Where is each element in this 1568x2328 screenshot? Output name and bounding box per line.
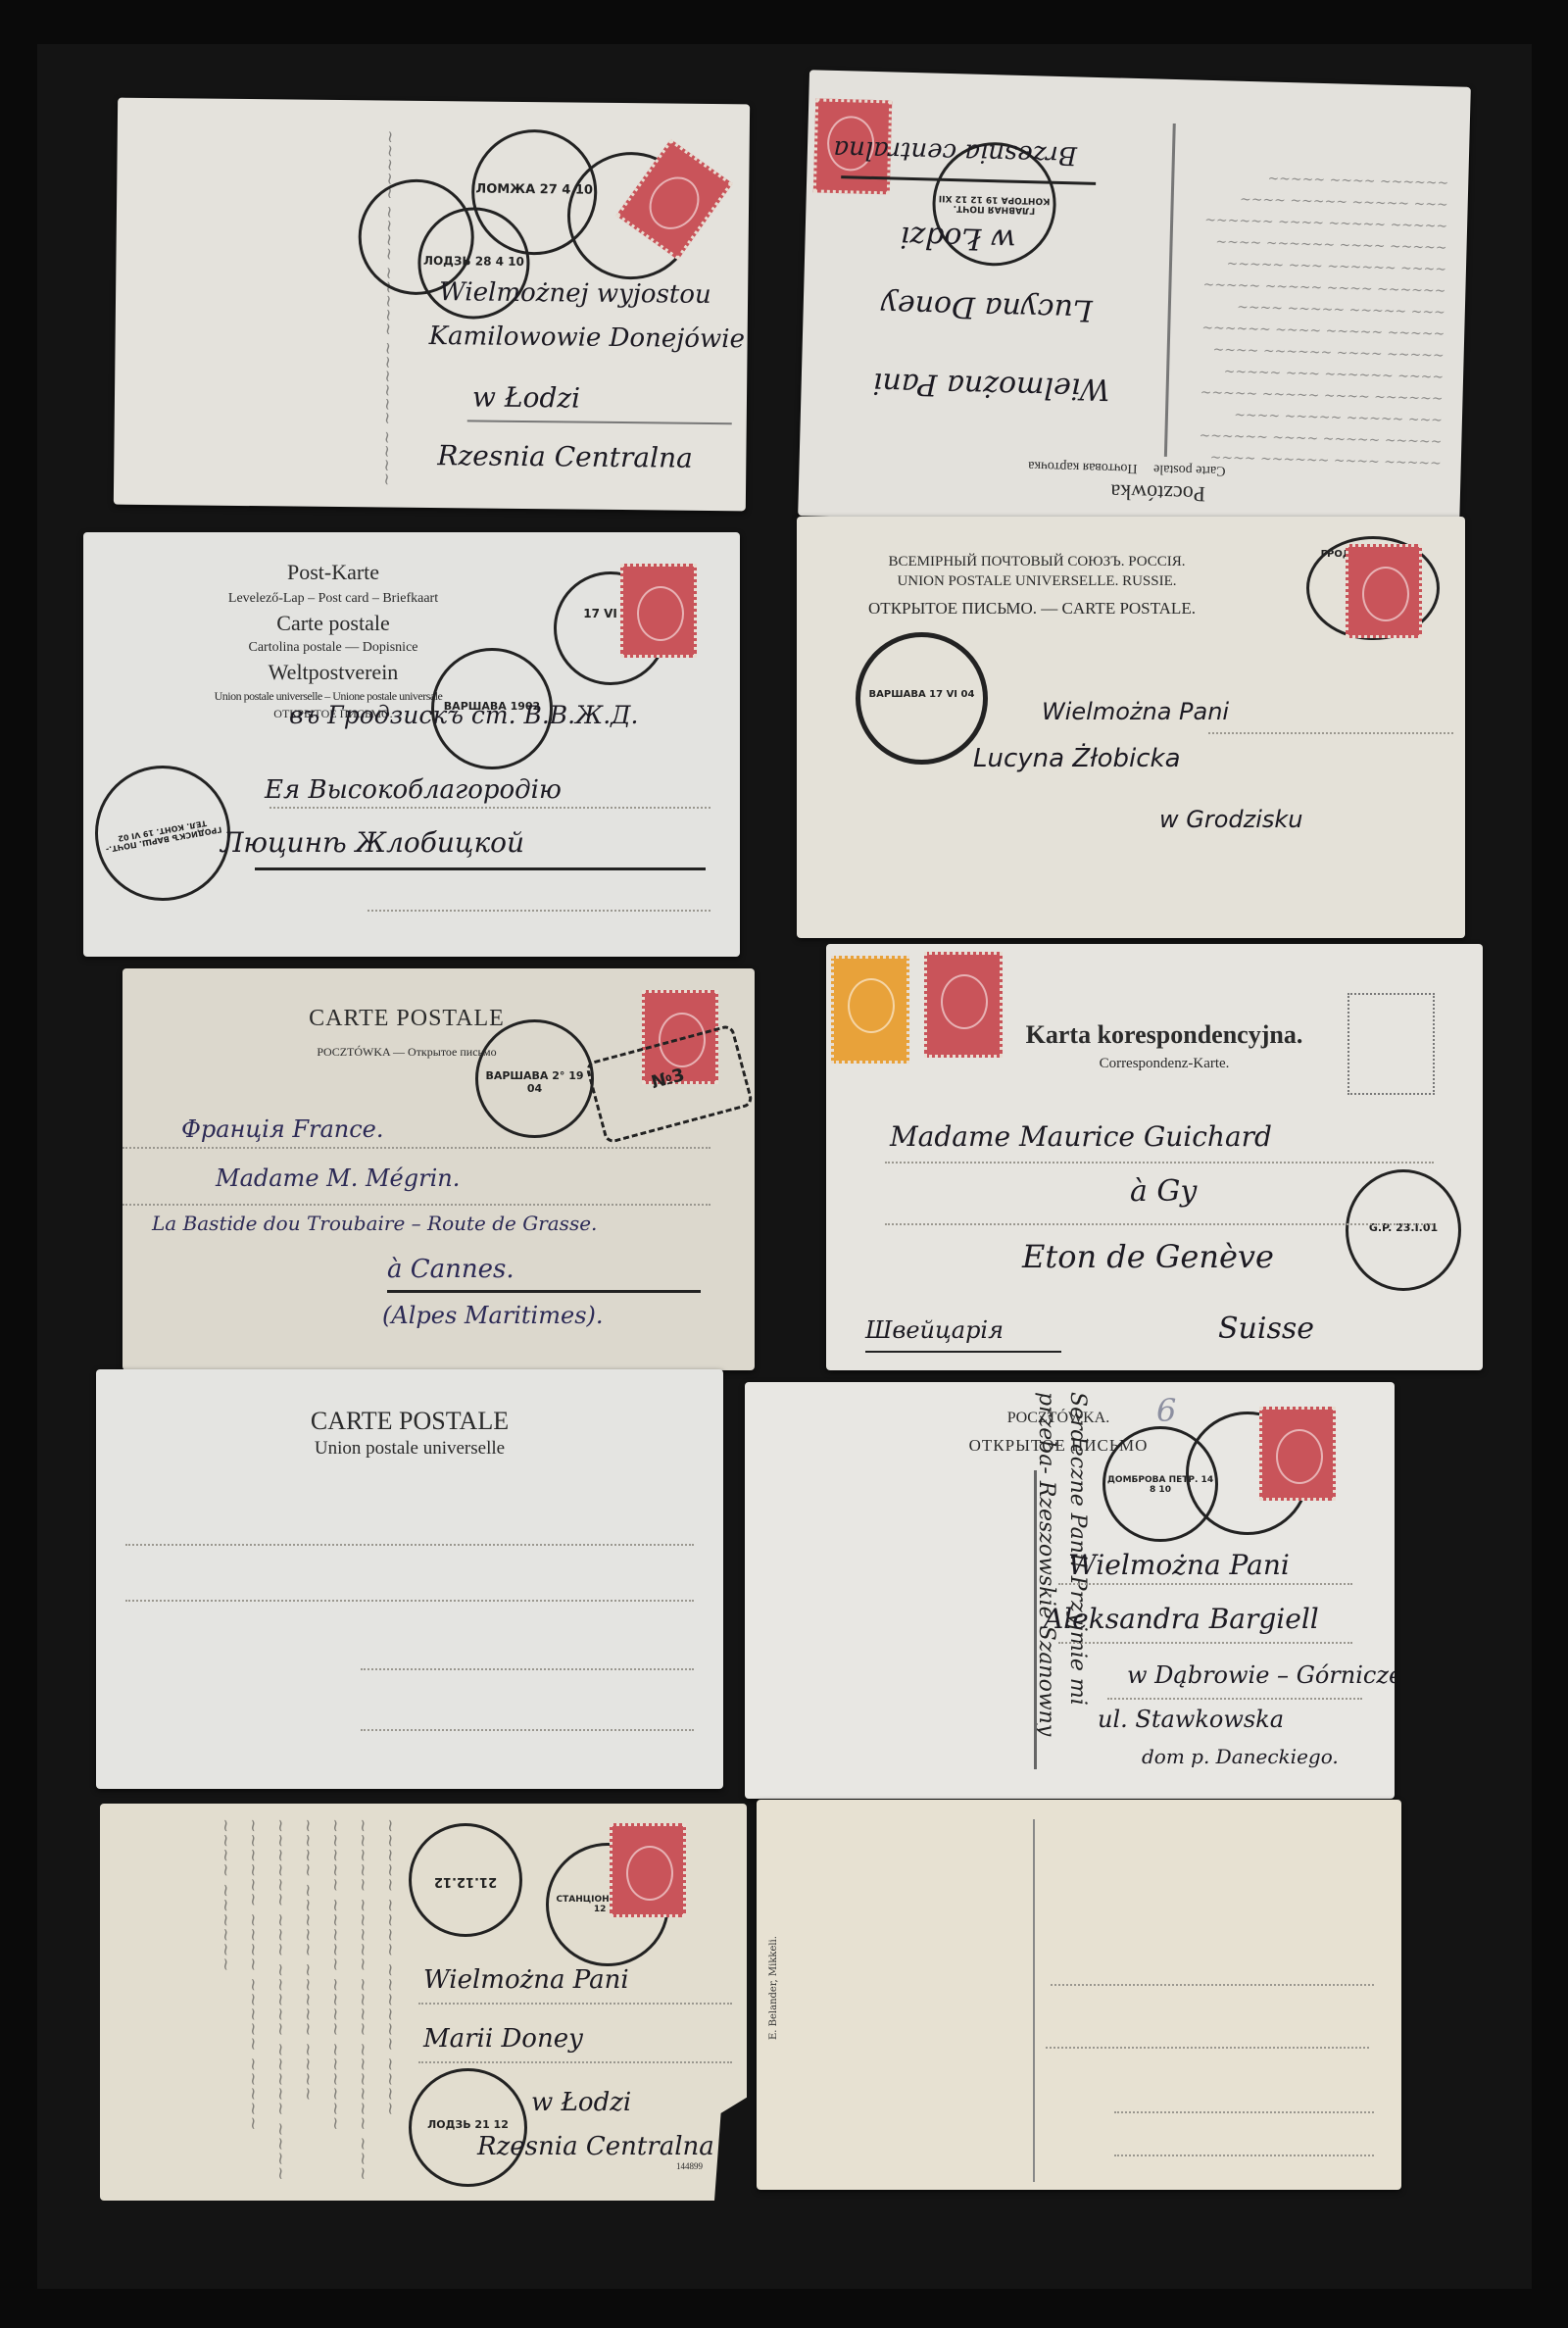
address-dotted-line <box>1208 732 1453 734</box>
underline <box>255 867 706 870</box>
crest-icon <box>941 974 988 1029</box>
address-line: Швейцарія <box>865 1316 1004 1344</box>
postmark: G.P. 23.I.01 <box>1346 1169 1461 1291</box>
printed-subheading: Union postale universelle <box>253 1438 566 1460</box>
printed-heading: Karta korespondencyjna. <box>1007 1020 1321 1050</box>
printed-heading: ОТКРЫТОЕ ПИСЬМО. — CARTE POSTALE. <box>846 599 1218 619</box>
printed-heading: POCZTÓWKA. <box>980 1410 1137 1427</box>
address-dotted-line <box>1058 1642 1352 1644</box>
address-line: (Alpes Maritimes). <box>382 1302 604 1329</box>
address-line: Rzesnia Centralna <box>477 2132 714 2161</box>
address-line: w Grodzisku <box>1159 806 1303 833</box>
printed-heading: ВСЕМІРНЫЙ ПОЧТОВЫЙ СОЮЗЪ. РОССІЯ. <box>875 554 1199 570</box>
printed-heading: Carte postale <box>186 611 480 636</box>
address-line: Madame Maurice Guichard <box>890 1120 1272 1153</box>
address-dotted-line <box>361 1668 694 1670</box>
address-dotted-line <box>885 1162 1434 1164</box>
pencil-note: 6 <box>1156 1392 1176 1429</box>
cancellation-bars: №3 <box>585 1023 755 1144</box>
address-line: Wielmożnej wyjostou <box>439 277 711 310</box>
address-dotted-line <box>1046 2047 1369 2049</box>
address-line: Rzesnia Centralna <box>437 439 693 474</box>
postcard-8: Serdeczne Pani! Przyjmie mi przeba- Rzes… <box>745 1382 1395 1799</box>
address-dotted-line <box>125 1544 694 1546</box>
postage-stamp <box>1346 544 1422 638</box>
crest-icon <box>626 1846 673 1901</box>
printed-subheading: Levelező-Lap – Post card – Briefkaart <box>113 591 554 607</box>
divider-line <box>1034 1470 1037 1769</box>
address-line: Wielmożna Pani <box>423 1965 629 1995</box>
message-text: ~~~~~ ~~~~ ~~~~~~ ~~~~ ~~~~~ ~~~~~ ~~~~ … <box>1177 165 1449 473</box>
divider-line <box>1033 1819 1035 2182</box>
address-line: w Dąbrowie – Górniczej. <box>1127 1661 1395 1689</box>
printed-code: 144899 <box>676 2161 703 2171</box>
address-line: ul. Stawkowska <box>1098 1706 1284 1733</box>
address-dotted-line <box>1051 1984 1374 1986</box>
underline <box>865 1351 1061 1353</box>
crest-icon <box>639 167 710 238</box>
postmark: ГРОДИСКЪ ВАРШ. ПОЧТ.-ТЕЛ. КОНТ. 19 VI 02 <box>84 755 241 912</box>
printed-heading: Почтовая карточка <box>1028 457 1138 475</box>
address-dotted-line <box>122 1147 710 1149</box>
underline <box>467 420 732 424</box>
address-line: Люцинѣ Жлобицкой <box>220 826 524 859</box>
address-line: dom p. Daneckiego. <box>1142 1745 1339 1768</box>
divider-line <box>1164 124 1176 457</box>
crest-icon <box>1362 567 1409 621</box>
address-dotted-line <box>885 1223 1434 1225</box>
card-content: Pocztówka Carte postale Почтовая карточк… <box>798 70 1471 533</box>
address-dotted-line <box>122 1204 710 1206</box>
address-line: Marii Doney <box>423 2024 583 2054</box>
postage-stamp <box>1259 1407 1336 1501</box>
printer-imprint: E. Belander, Mikkeli. <box>768 1936 779 2040</box>
printed-heading: UNION POSTALE UNIVERSELLE. RUSSIE. <box>875 573 1199 590</box>
crest-icon <box>1276 1429 1323 1484</box>
postmark: ВАРШАВА 2° 19 04 <box>475 1019 594 1138</box>
printed-subheading: Correspondenz-Karte. <box>1056 1056 1272 1072</box>
postcard-6: Karta korespondencyjna. Correspondenz-Ka… <box>826 944 1483 1370</box>
address-dotted-line <box>367 910 710 912</box>
address-dotted-line <box>269 807 710 809</box>
postcard-1: ~~~~~ ~~~~ ~~~~~ ~~~~~~ ~~~~ ЛОМЖА 27 4 … <box>114 98 750 512</box>
postcard-3: Post-Karte Levelező-Lap – Post card – Br… <box>83 532 740 957</box>
postmark: ЛОДЗЬ 21 12 <box>409 2068 527 2187</box>
postage-stamp <box>620 564 697 658</box>
address-line: Suisse <box>1218 1312 1314 1346</box>
postcard-2: Pocztówka Carte postale Почтовая карточк… <box>798 70 1471 533</box>
printed-heading: CARTE POSTALE <box>253 1407 566 1436</box>
postage-stamp <box>610 1823 686 1917</box>
postcard-9: ~~~~~ ~~~~ ~~~~~~ ~~~~ ~~~~~ ~~~~~ ~~~~ … <box>100 1804 747 2201</box>
address-line: Wielmożna Pani <box>1068 1549 1290 1581</box>
address-line: Eton de Genève <box>1022 1238 1274 1275</box>
stamp-box <box>1347 993 1435 1095</box>
address-line: Wielmożna Pani <box>1042 698 1229 725</box>
address-line: Madame M. Mégrin. <box>216 1164 460 1192</box>
address-dotted-line <box>1107 1698 1362 1700</box>
address-dotted-line <box>125 1600 694 1602</box>
postcard-10: E. Belander, Mikkeli. <box>757 1800 1401 2190</box>
address-line: Ея Высокоблагородію <box>265 775 562 805</box>
message-text: ~~~~~ ~~~~ ~~~~~~ ~~~~ ~~~~~ ~~~~~ ~~~~ … <box>110 1818 404 2191</box>
address-dotted-line <box>1114 2155 1374 2156</box>
postmark: 21.12.12 <box>409 1823 522 1937</box>
address-dotted-line <box>418 2003 732 2005</box>
printed-heading: Post-Karte <box>186 560 480 585</box>
address-line: Lucyna Doney <box>880 287 1093 327</box>
postage-stamp <box>831 956 909 1064</box>
address-line: Wielmożna Pani <box>872 366 1110 406</box>
address-line: Lucyna Żłobicka <box>973 744 1181 773</box>
address-line: w Łodzi <box>900 220 1016 257</box>
address-dotted-line <box>1058 1583 1352 1585</box>
printed-heading: Pocztówka <box>1110 478 1205 507</box>
postmark: ВАРШАВА 17 VI 04 <box>856 632 988 765</box>
postcard-5: CARTE POSTALE POCZTÓWKA — Открытое письм… <box>122 968 755 1370</box>
address-line: La Bastide dou Troubaire – Route de Gras… <box>152 1212 597 1235</box>
address-line: Франція France. <box>181 1115 384 1143</box>
message-text: ~~~~~ ~~~~ ~~~~~ ~~~~~~ ~~~~ <box>153 127 402 483</box>
crest-icon <box>637 586 684 641</box>
address-dotted-line <box>1114 2111 1374 2113</box>
address-dotted-line <box>418 2061 732 2063</box>
address-line: à Gy <box>1130 1174 1197 1209</box>
crest-icon <box>848 978 895 1033</box>
postcard-4: ВСЕМІРНЫЙ ПОЧТОВЫЙ СОЮЗЪ. РОССІЯ. UNION … <box>797 517 1465 938</box>
address-line: w Łodzi <box>531 2088 631 2117</box>
postcard-7: CARTE POSTALE Union postale universelle <box>96 1369 723 1789</box>
address-line: w Łodzi <box>472 380 580 414</box>
address-line: à Cannes. <box>387 1255 514 1284</box>
postage-stamp <box>924 952 1003 1058</box>
address-dotted-line <box>361 1729 694 1731</box>
address-line: въ Гродзискъ ст. В.В.Ж.Д. <box>289 701 638 729</box>
underline <box>387 1290 701 1293</box>
address-line: Kamilowowie Donejówie <box>429 322 746 354</box>
address-line: Aleksandra Bargiell <box>1044 1603 1319 1635</box>
